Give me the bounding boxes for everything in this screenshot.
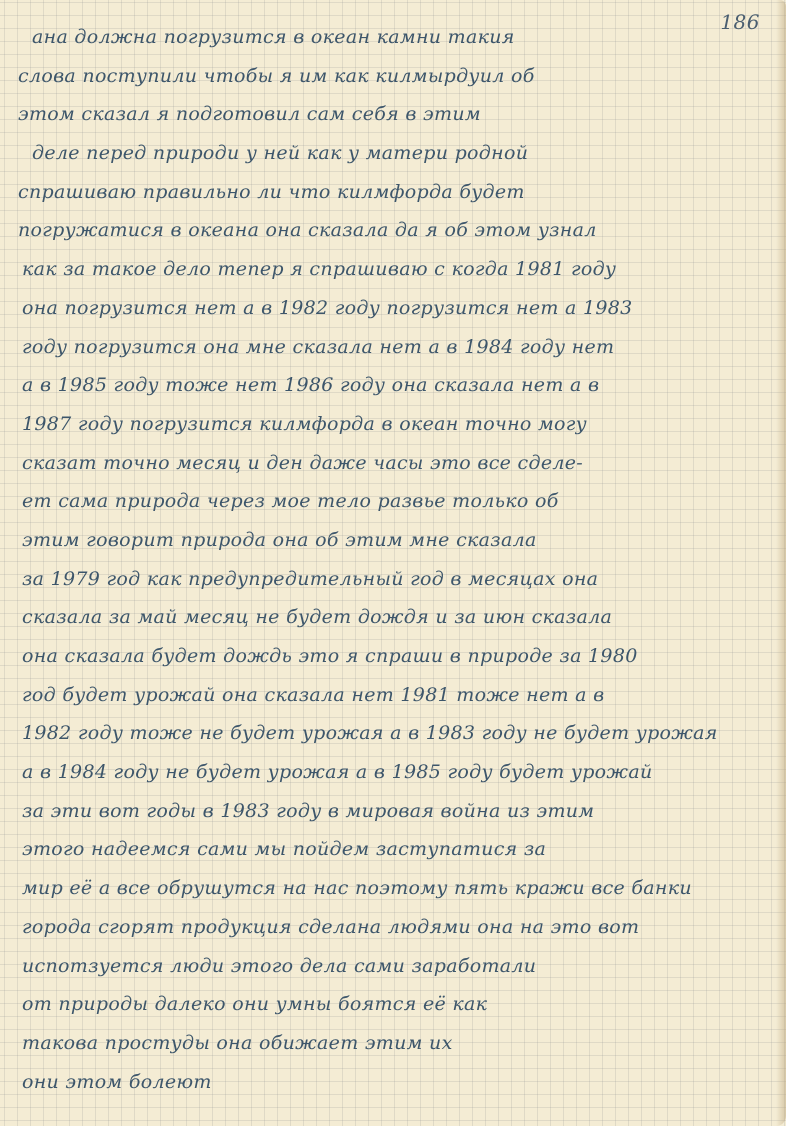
manuscript-line: году погрузится она мне сказала нет а в … — [14, 328, 764, 367]
manuscript-line: спрашиваю правильно ли что килмфорда буд… — [14, 173, 764, 212]
manuscript-line: города сгорят продукция сделана людями о… — [14, 908, 764, 947]
manuscript-line: за эти вот годы в 1983 году в мировая во… — [14, 792, 764, 831]
manuscript-line: сказала за май месяц не будет дождя и за… — [14, 598, 764, 637]
manuscript-line: деле перед природи у ней как у матери ро… — [14, 134, 764, 173]
manuscript-text: ана должна погрузится в океан камни таки… — [14, 18, 764, 1101]
manuscript-line: от природы далеко они умны боятся её как — [14, 985, 764, 1024]
manuscript-line: ана должна погрузится в океан камни таки… — [14, 18, 764, 57]
manuscript-line: а в 1984 году не будет урожая а в 1985 г… — [14, 753, 764, 792]
manuscript-line: испотзуется люди этого дела сами заработ… — [14, 947, 764, 986]
manuscript-line: а в 1985 году тоже нет 1986 году она ска… — [14, 366, 764, 405]
manuscript-line: мир её а все обрушутся на нас поэтому пя… — [14, 869, 764, 908]
manuscript-line: они этом болеют — [14, 1063, 764, 1102]
manuscript-line: этого надеемся сами мы пойдем заступатис… — [14, 830, 764, 869]
manuscript-line: погружатися в океана она сказала да я об… — [14, 211, 764, 250]
manuscript-line: такова простуды она обижает этим их — [14, 1024, 764, 1063]
notebook-page: 186 ана должна погрузится в океан камни … — [0, 0, 786, 1126]
manuscript-line: сказат точно месяц и ден даже часы это в… — [14, 444, 764, 483]
manuscript-line: как за такое дело тепер я спрашиваю с ко… — [14, 250, 764, 289]
manuscript-line: 1987 году погрузится килмфорда в океан т… — [14, 405, 764, 444]
manuscript-line: она сказала будет дождь это я спраши в п… — [14, 637, 764, 676]
manuscript-line: этим говорит природа она об этим мне ска… — [14, 521, 764, 560]
manuscript-line: ет сама природа через мое тело развье то… — [14, 482, 764, 521]
manuscript-line: этом сказал я подготовил сам себя в этим — [14, 95, 764, 134]
manuscript-line: слова поступили чтобы я им как килмырдуи… — [14, 57, 764, 96]
manuscript-line: 1982 году тоже не будет урожая а в 1983 … — [14, 714, 764, 753]
manuscript-line: она погрузится нет а в 1982 году погрузи… — [14, 289, 764, 328]
manuscript-line: за 1979 год как предупредительный год в … — [14, 560, 764, 599]
manuscript-line: год будет урожай она сказала нет 1981 то… — [14, 676, 764, 715]
